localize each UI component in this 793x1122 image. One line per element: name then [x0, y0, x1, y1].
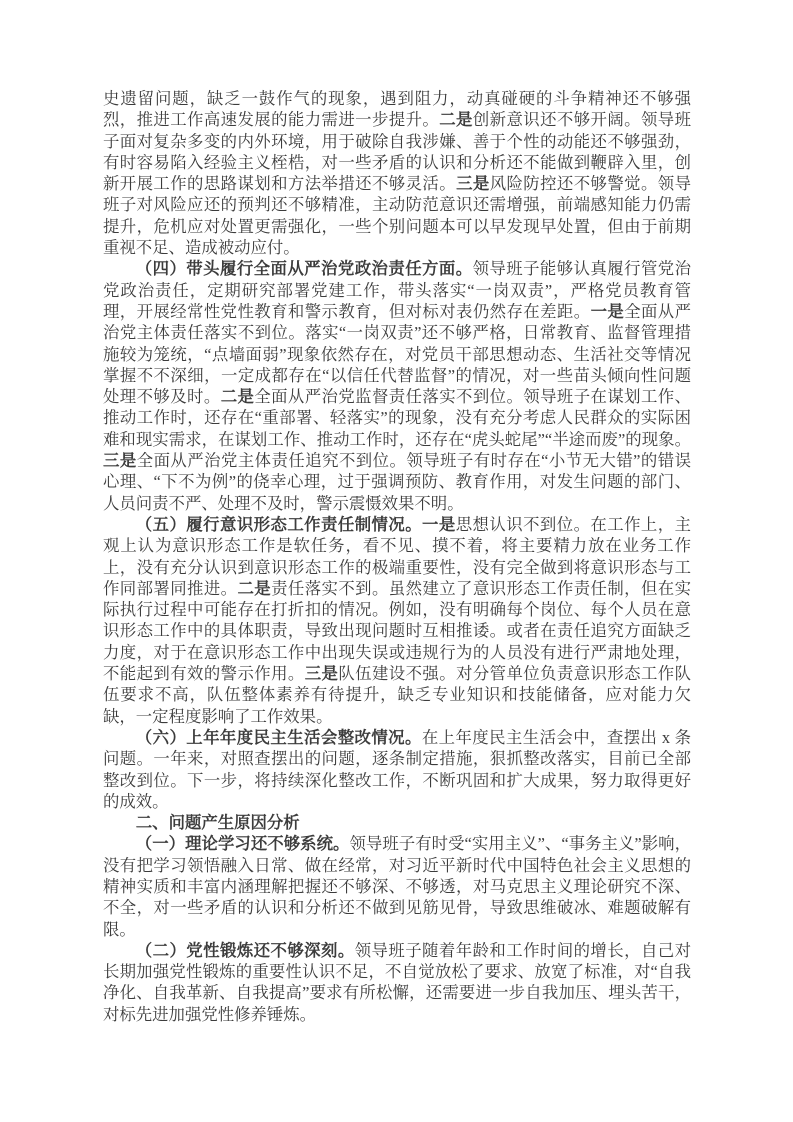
- bold-text-run: （一）理论学习还不够系统。: [136, 834, 350, 853]
- bold-text-run: （二）党性锻炼还不够深刻。: [136, 941, 355, 960]
- bold-text-run: 一是: [591, 302, 625, 321]
- paragraph: （五）履行意识形态工作责任制情况。一是思想认识不到位。在工作上，主观上认为意识形…: [103, 514, 691, 727]
- paragraph: （二）党性锻炼还不够深刻。领导班子随着年龄和工作时间的增长，自己对长期加强党性锻…: [103, 940, 691, 1025]
- bold-text-run: 二是: [238, 579, 272, 598]
- bold-text-run: 二是: [439, 110, 473, 129]
- document-body: 史遗留问题，缺乏一鼓作气的现象，遇到阻力，动真碰硬的斗争精神还不够强烈，推进工作…: [103, 88, 691, 1025]
- bold-text-run: 三是: [456, 174, 490, 193]
- text-run: 全面从严治党主体责任追究不到位。领导班子有时存在“小节无大错”的错误心理、“下不…: [103, 451, 691, 513]
- bold-text-run: （六）上年年度民主生活会整改情况。: [136, 728, 422, 747]
- paragraph: （四）带头履行全面从严治党政治责任方面。领导班子能够认真履行管党治党政治责任，定…: [103, 258, 691, 514]
- bold-text-run: （四）带头履行全面从严治党政治责任方面。: [136, 259, 473, 278]
- bold-text-run: （五）履行意识形态工作责任制情况。一是: [136, 515, 456, 534]
- bold-text-run: 三是: [305, 664, 339, 683]
- section-heading: 二、问题产生原因分析: [103, 812, 691, 833]
- paragraph: （一）理论学习还不够系统。领导班子有时受“实用主义”、“事务主义”影响，没有把学…: [103, 833, 691, 939]
- bold-text-run: 三是: [103, 451, 137, 470]
- paragraph: 史遗留问题，缺乏一鼓作气的现象，遇到阻力，动真碰硬的斗争精神还不够强烈，推进工作…: [103, 88, 691, 258]
- bold-text-run: 二、问题产生原因分析: [136, 813, 300, 832]
- paragraph: （六）上年年度民主生活会整改情况。在上年度民主生活会中，查摆出 x 条问题。一年…: [103, 727, 691, 812]
- document-page: 史遗留问题，缺乏一鼓作气的现象，遇到阻力，动真碰硬的斗争精神还不够强烈，推进工作…: [0, 0, 793, 1122]
- bold-text-run: 二是: [221, 387, 255, 406]
